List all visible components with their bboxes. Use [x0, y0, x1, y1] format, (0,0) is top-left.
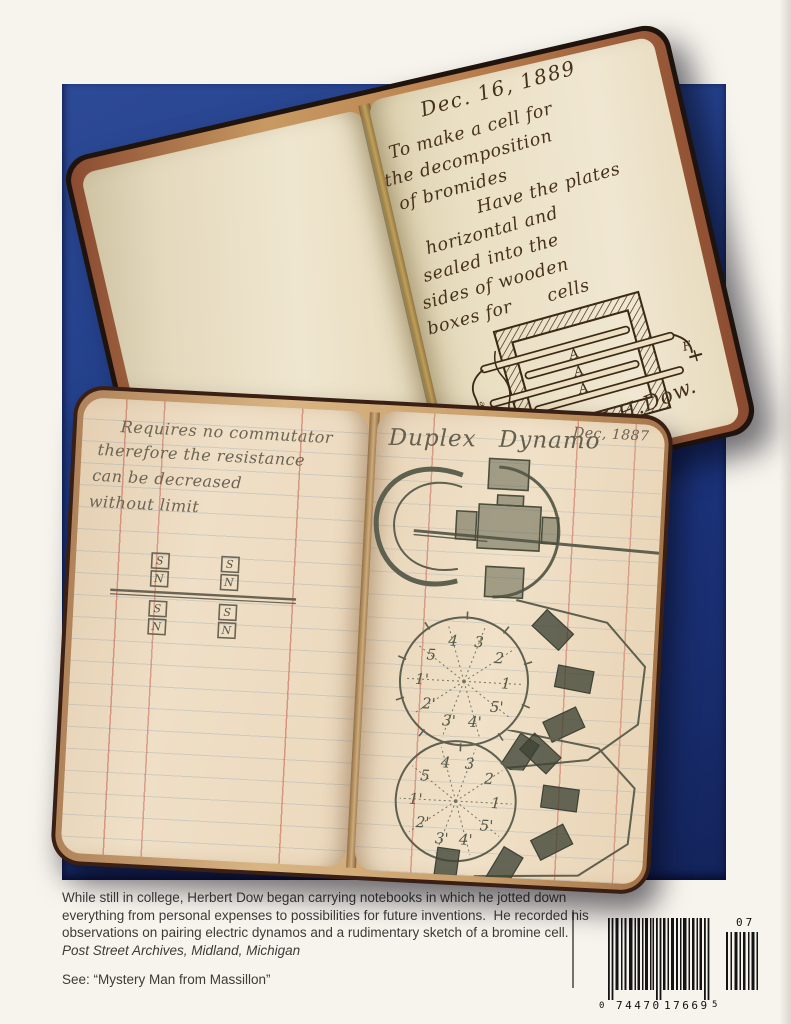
pencil-note-line: can be decreased [92, 466, 243, 493]
wheel-number: 1 [490, 794, 500, 812]
pole-label: N [153, 572, 165, 586]
back-cover: Dec. 16, 1889 To make a cell for the dec… [0, 0, 791, 1024]
wheel-number: 2 [493, 649, 504, 668]
open-notebook-bottom: Requires no commutator therefore the res… [50, 385, 674, 896]
magnet-pole-diagram: S N S N S N S N [104, 539, 301, 679]
armature-wheel-sketch-2: 1 2 3 4 5 1' 2' 3' 4' 5' [354, 722, 653, 885]
caption-line: everything from personal expenses to pos… [62, 907, 602, 925]
barcode-supplement: 07 [736, 916, 755, 929]
barcode-left-digits: 74470 [616, 999, 662, 1012]
wheel-number: 5' [479, 816, 494, 835]
wheel-number: 2' [414, 813, 430, 832]
wheel-number: 2' [420, 694, 436, 713]
pencil-note-line: therefore the resistance [97, 440, 305, 470]
fold-mark [572, 912, 574, 988]
wheel-number: 3 [464, 755, 474, 773]
wheel-number: 3' [434, 829, 449, 848]
caption-attribution: Post Street Archives, Midland, Michigan [62, 942, 602, 960]
wheel-number: 1 [501, 674, 511, 692]
wheel-number: 1' [415, 670, 430, 689]
see-reference: See: “Mystery Man from Massillon” [62, 971, 602, 989]
caption-line: observations on pairing electric dynamos… [62, 924, 602, 942]
pole-label: S [223, 606, 232, 619]
wheel-number: 5' [489, 698, 504, 717]
pole-label: S [226, 558, 235, 571]
wheel-number: 3 [474, 633, 484, 651]
barcode-graphic: 0 74470 17669 5 07 [598, 912, 784, 1016]
scan-edge-shadow [779, 0, 791, 1024]
pole-label: N [150, 620, 162, 634]
pole-label: S [153, 602, 162, 615]
wheel-number: 4 [447, 631, 458, 650]
wheel-number: 4 [439, 753, 450, 772]
pencil-note-line: without limit [88, 492, 199, 517]
caption-line: While still in college, Herbert Dow bega… [62, 889, 602, 907]
upc-barcode: 0 74470 17669 5 07 [598, 912, 784, 1016]
wheel-number: 5 [426, 645, 436, 663]
wheel-number: 5 [420, 766, 430, 784]
barcode-check-digit: 5 [712, 1000, 717, 1010]
wheel-number: 1' [408, 790, 423, 809]
barcode-bars [608, 918, 758, 1000]
wheel-number: 2 [483, 770, 494, 789]
photo-caption: While still in college, Herbert Dow bega… [62, 889, 602, 989]
wheel-number: 4' [457, 830, 473, 849]
notebook-bottom-left-page: Requires no commutator therefore the res… [60, 397, 369, 867]
barcode-right-digits: 17669 [664, 999, 710, 1012]
dynamo-title: Duplex Dynamo [388, 425, 600, 455]
pole-label: S [156, 554, 165, 567]
barcode-lead-digit: 0 [599, 1001, 604, 1011]
notebook-bottom-right-page: Duplex Dynamo Dec, 1887 [354, 411, 666, 885]
pole-label: N [220, 624, 232, 638]
duplex-dynamo-sketch [364, 450, 665, 613]
pole-label: N [223, 576, 235, 590]
